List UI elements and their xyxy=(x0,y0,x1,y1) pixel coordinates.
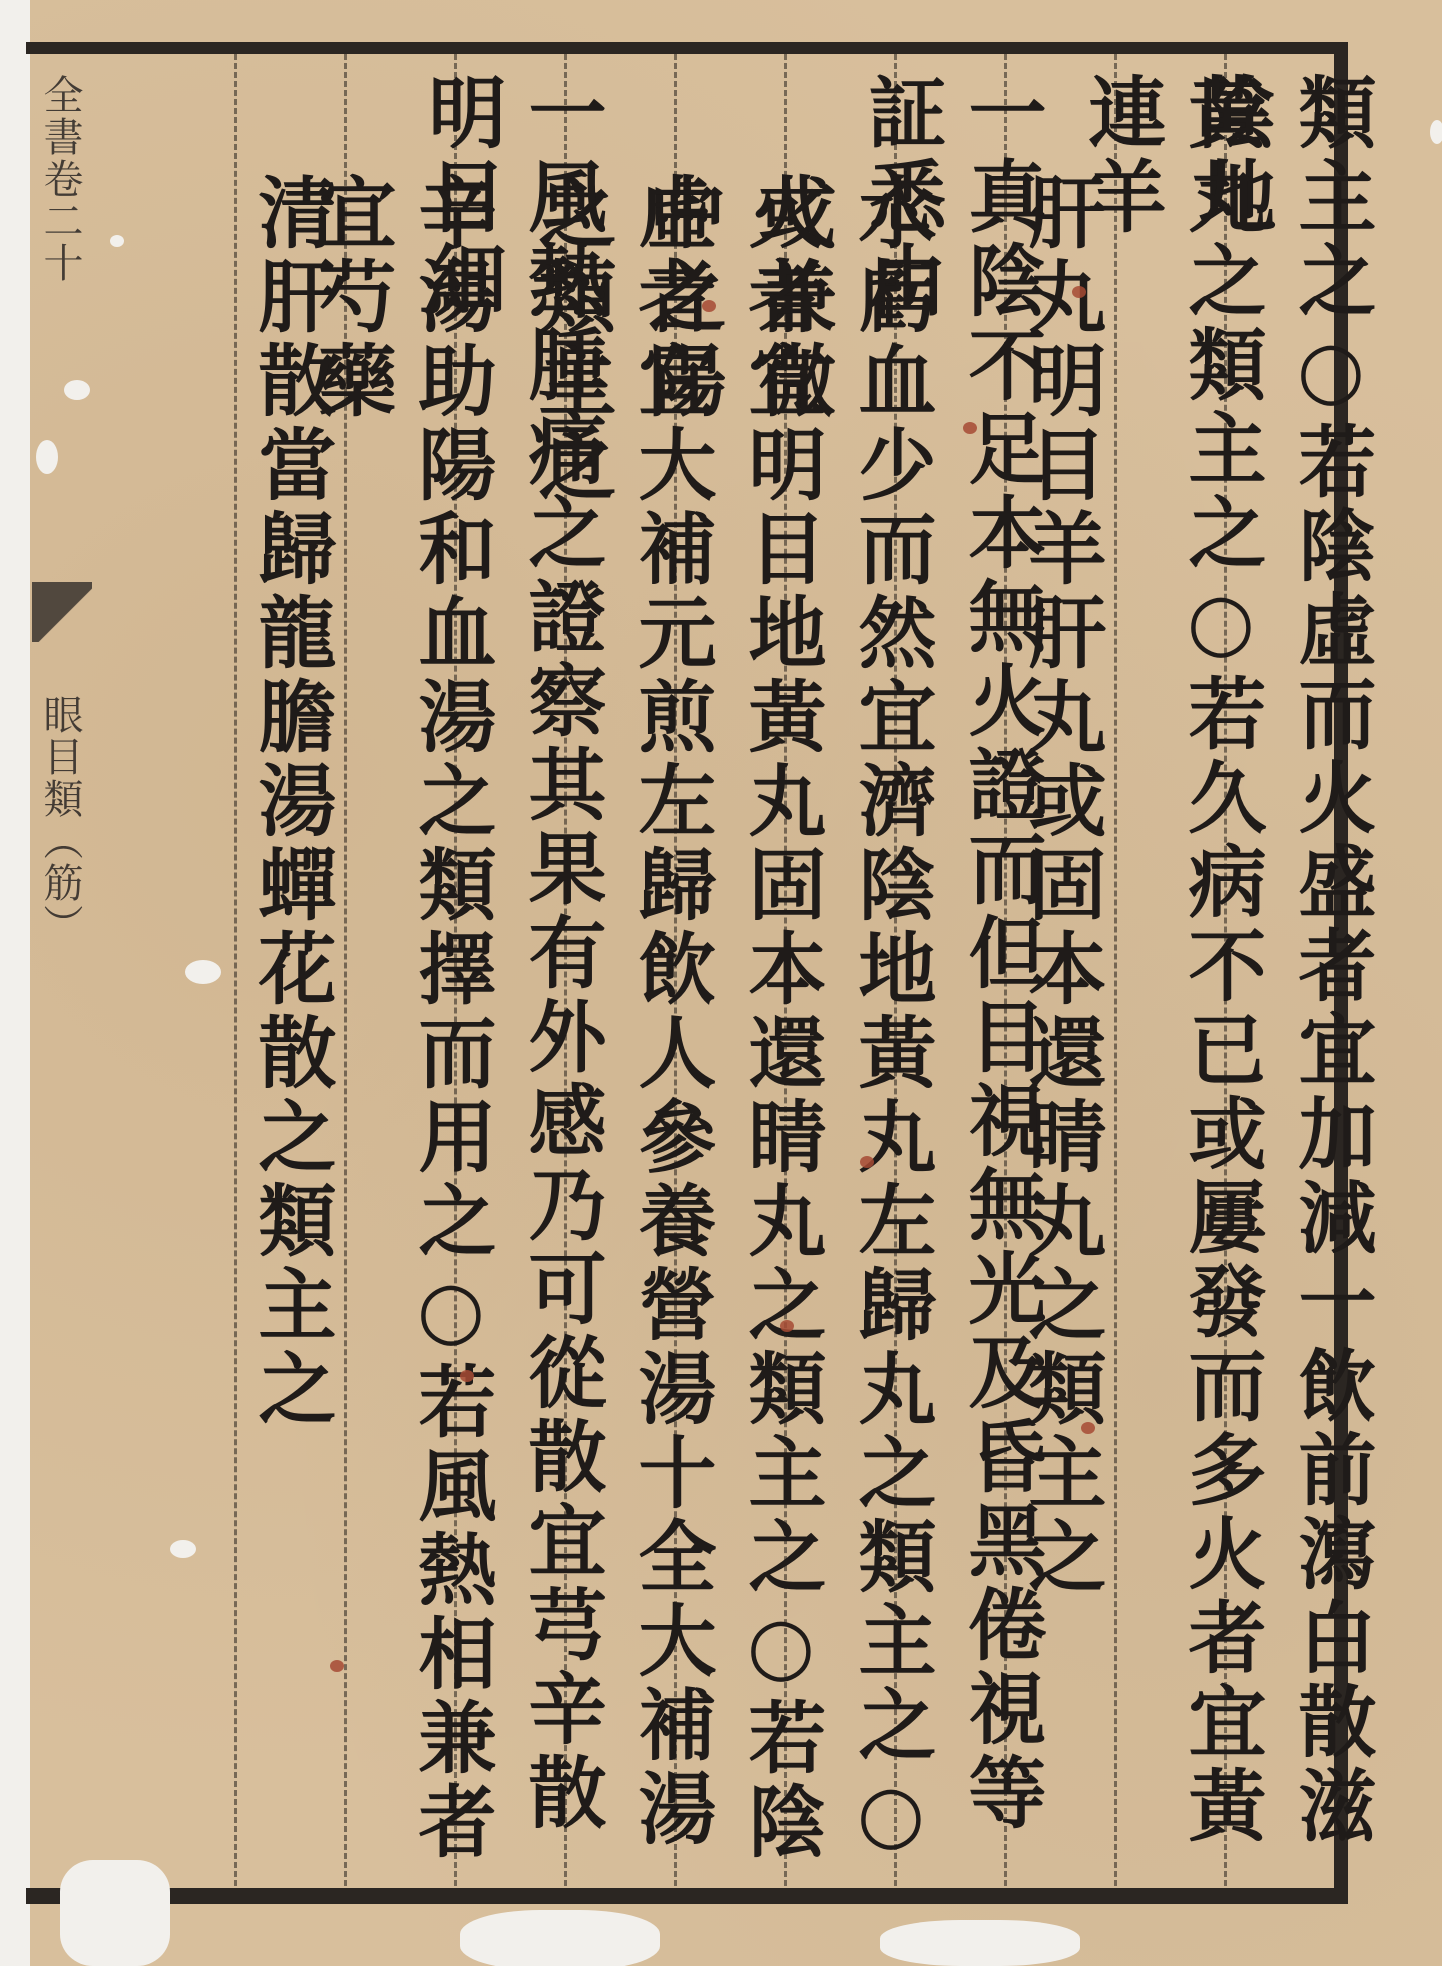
paper-damage xyxy=(60,1860,170,1966)
text-column-9: 辛湯助陽和血湯之類擇而用之○若風熱相兼者宜芍藥 xyxy=(344,54,454,1886)
red-punctuation-dot xyxy=(780,1320,794,1332)
red-punctuation-dot xyxy=(860,1156,874,1168)
paper-hole xyxy=(1430,120,1442,144)
page-margin-strip: 全書卷二十 眼目類（筋） xyxy=(26,54,80,1886)
paper-hole xyxy=(170,1540,196,1558)
text-columns: 類主之○若陰虛而火盛者宜加減一飲前瀉白散滋陰地 黃丸之類主之○若久病不已或屢發而… xyxy=(234,54,1334,1886)
fishtail-mark-icon xyxy=(32,582,92,642)
paper-hole xyxy=(185,960,221,984)
margin-volume-title: 全書卷二十 xyxy=(36,74,84,284)
paper-hole xyxy=(64,380,90,400)
margin-section-title: 眼目類（筋） xyxy=(36,694,84,946)
paper-hole xyxy=(36,440,58,474)
paper-damage xyxy=(460,1910,660,1966)
text-column-10: 清肝散當歸龍膽湯蟬花散之類主之 xyxy=(234,54,344,1886)
red-punctuation-dot xyxy=(1081,1422,1095,1434)
red-punctuation-dot xyxy=(963,422,977,434)
paper-hole xyxy=(110,235,124,247)
text-column-2: 黃丸之類主之○若久病不已或屢發而多火者宜黃連羊 xyxy=(1114,54,1224,1886)
red-punctuation-dot xyxy=(330,1660,344,1672)
red-punctuation-dot xyxy=(702,300,716,312)
red-punctuation-dot xyxy=(1072,286,1086,298)
red-punctuation-dot xyxy=(460,1370,474,1382)
column-text: 清肝散當歸龍膽湯蟬花散之類主之 xyxy=(241,172,341,1432)
paper-damage xyxy=(880,1920,1080,1966)
